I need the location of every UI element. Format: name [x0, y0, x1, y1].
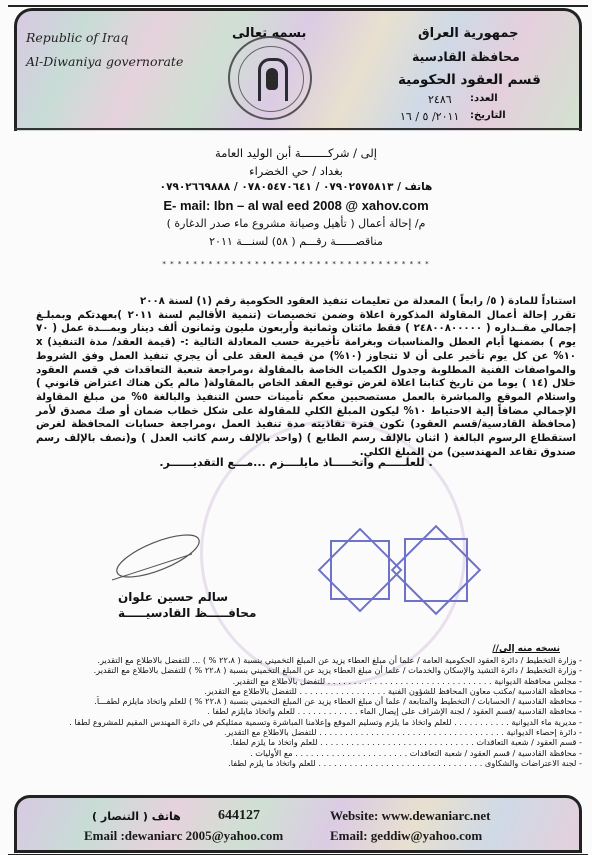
official-letter: Republic of Iraq Al-Diwaniya governorate… — [0, 0, 592, 855]
footer-phone-label: هاتف ( التنصار ) — [92, 810, 181, 823]
copy-recipient: - محافظة القادسية /مكتب معاون المحافظ لل… — [42, 686, 582, 696]
footer-website: Website: www.dewaniarc.net — [330, 808, 490, 824]
header-english-country: Republic of Iraq — [26, 30, 128, 45]
header-arabic-country: جمهورية العراق — [418, 26, 518, 41]
copy-recipient: - محافظة القادسية / الحسابات / التخطيط و… — [42, 696, 582, 706]
letterhead-divider — [14, 128, 582, 130]
letter-body: استناداً للمادة ( ٥/ رابعاً ) المعدلة من… — [36, 295, 576, 459]
reference-number-value: ٢٤٨٦ — [428, 93, 452, 106]
date-label: التاريخ: — [470, 110, 506, 121]
addressee-phones: هاتف / ٠٧٩٠٢٥٧٥٨١٣ / ٠٧٨٠٥٤٧٠٦٤١ / ٠٧٩٠٢… — [0, 181, 592, 193]
footer-email-right: Email: geddiw@yahoo.com — [330, 828, 482, 844]
header-english-governorate: Al-Diwaniya governorate — [26, 54, 183, 69]
reference-number-label: العدد: — [470, 93, 498, 104]
body-paragraph-legal-basis: استناداً للمادة ( ٥/ رابعاً ) المعدلة من… — [36, 295, 576, 309]
copies-distribution-list: - وزارة التخطيط / دائرة العقود الحكومية … — [42, 655, 582, 768]
footer-phone-number: 644127 — [218, 808, 260, 824]
addressee-company: إلى / شركــــــــة أبن الوليد العامة — [0, 146, 592, 160]
copy-recipient: - قسم العقود / شعبة التعاقدات . . . . . … — [42, 737, 582, 747]
coffee-pot-icon — [266, 68, 278, 90]
header-arabic-department: قسم العقود الحكومية — [398, 72, 541, 88]
copy-recipient: - وزارة التخطيط / دائرة التشيد والإسكان … — [42, 665, 582, 675]
handwritten-signature — [110, 528, 210, 588]
copies-heading: نسخه منه إلى// — [492, 644, 560, 654]
signatory-title: محافـــــظ القادسيـــــة — [118, 606, 256, 620]
letterhead-footer-frame — [14, 795, 582, 853]
tender-number: مناقصــــــة رقـــم ( ٥٨) لسنـــة ٢٠١١ — [0, 235, 592, 248]
letter-subject: م/ إحالة أعمال ( تأهيل وصيانة مشروع ماء … — [0, 217, 592, 230]
copy-recipient: - مجلس محافظة الديوانية . . . . . . . . … — [42, 676, 582, 686]
governorate-emblem — [228, 36, 312, 120]
body-paragraph-award-details: تقرر إحالة أعمال المقاولة المذكورة اعلاة… — [36, 309, 576, 460]
addressee-email: E- mail: Ibn – al wal eed 2008 @ xahov.c… — [0, 198, 592, 213]
copy-recipient: - محافظة القادسية / قسم العقود / شعبة ال… — [42, 748, 582, 758]
closing-line: . للعلـــــم واتخـــــاذ مايلــــزم ...م… — [0, 456, 592, 469]
date-value: ٢٠١١/ ٥ / ١٦ — [400, 110, 459, 123]
footer-email-left: Email :dewaniarc 2005@yahoo.com — [84, 828, 283, 844]
addressee-city: بغداد / حي الخضراء — [0, 164, 592, 178]
copy-recipient: - لجنة الاعتراضات والشكاوى . . . . . . .… — [42, 758, 582, 768]
signatory-name: سالم حسين علوان — [118, 590, 228, 604]
copy-recipient: - وزارة التخطيط / دائرة العقود الحكومية … — [42, 655, 582, 665]
section-separator: * * * * * * * * * * * * * * * * * * * * … — [0, 260, 592, 268]
copy-recipient: - دائرة إحصاء الديوانية . . . . . . . . … — [42, 727, 582, 737]
header-arabic-governorate: محافظة القادسية — [412, 49, 520, 64]
copy-recipient: - مديرية ماء الديوانية . . . . . . . . .… — [42, 717, 582, 727]
copy-recipient: - محافظة القادسية /قسم العقود / لجنة الإ… — [42, 706, 582, 716]
